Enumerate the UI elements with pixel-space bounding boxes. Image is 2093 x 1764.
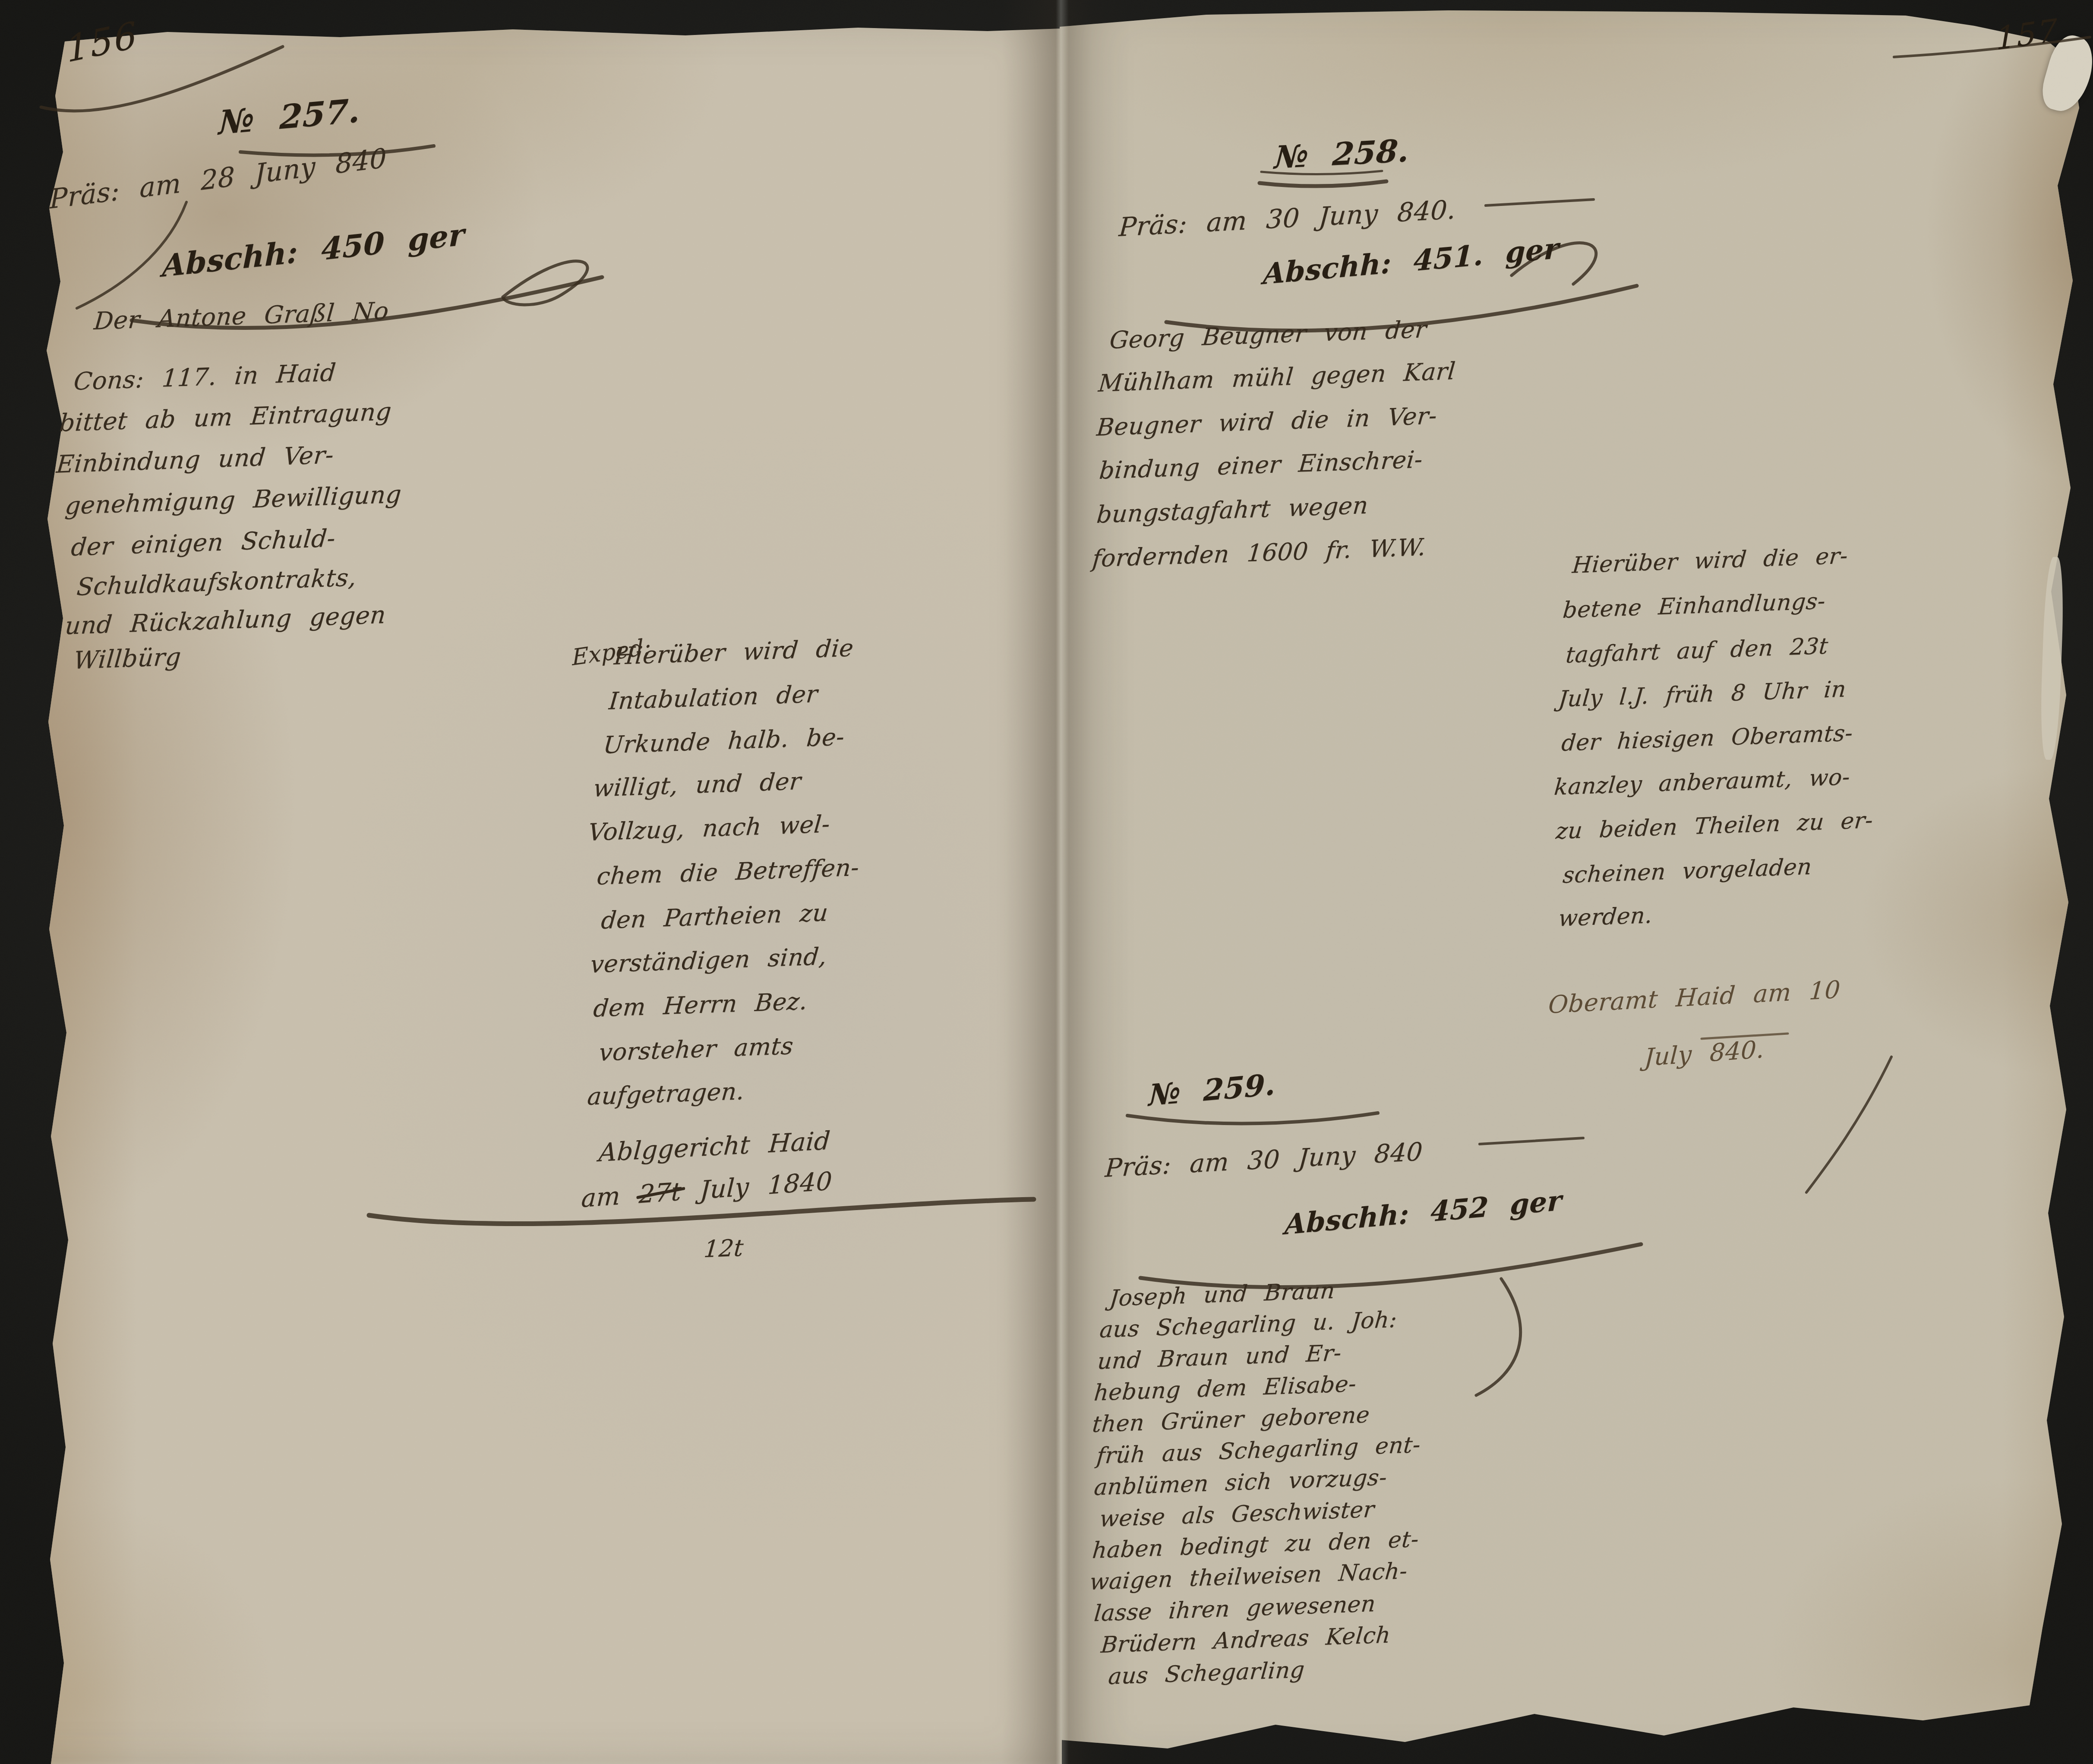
left-page-sheet: [38, 22, 1062, 1764]
right-page-sheet: [1060, 4, 2093, 1764]
manuscript-spread: 156№ 257.Präs: am 28 Juny 840Abschh: 450…: [0, 0, 2093, 1764]
